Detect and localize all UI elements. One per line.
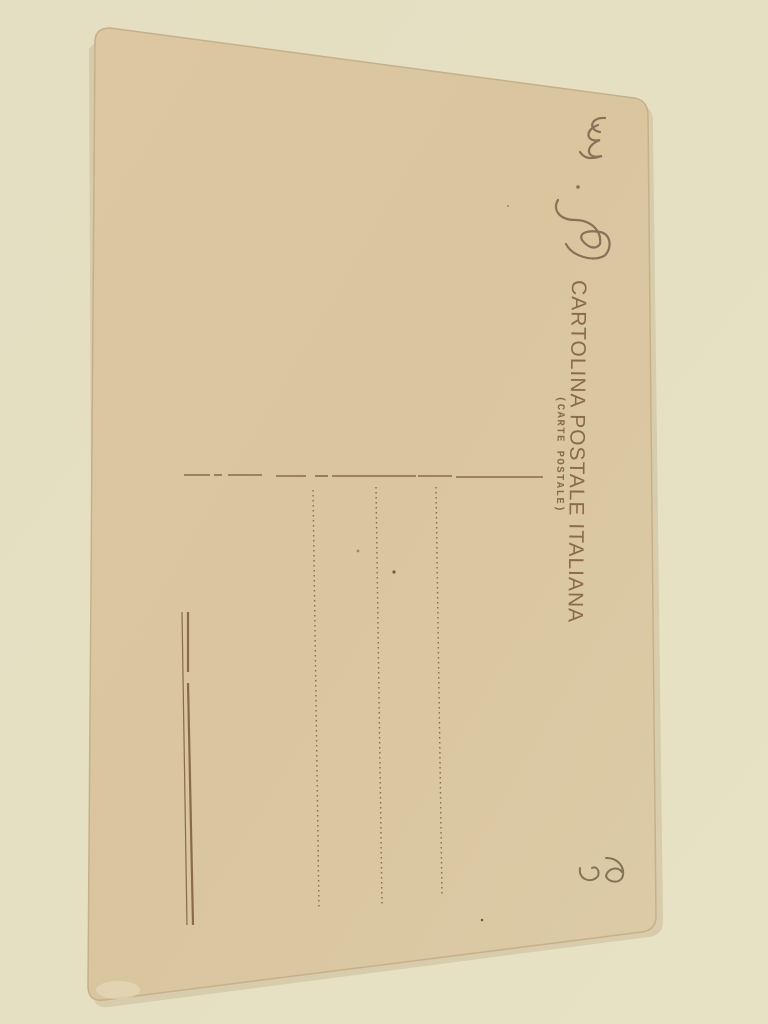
- postcard-subtitle: (CARTE POSTALE): [553, 396, 566, 513]
- postcard-photo: CARTOLINA POSTALE ITALIANA (CARTE POSTAL…: [0, 0, 768, 1024]
- postcard-title: CARTOLINA POSTALE ITALIANA: [563, 280, 590, 623]
- corner-wear: [96, 981, 140, 999]
